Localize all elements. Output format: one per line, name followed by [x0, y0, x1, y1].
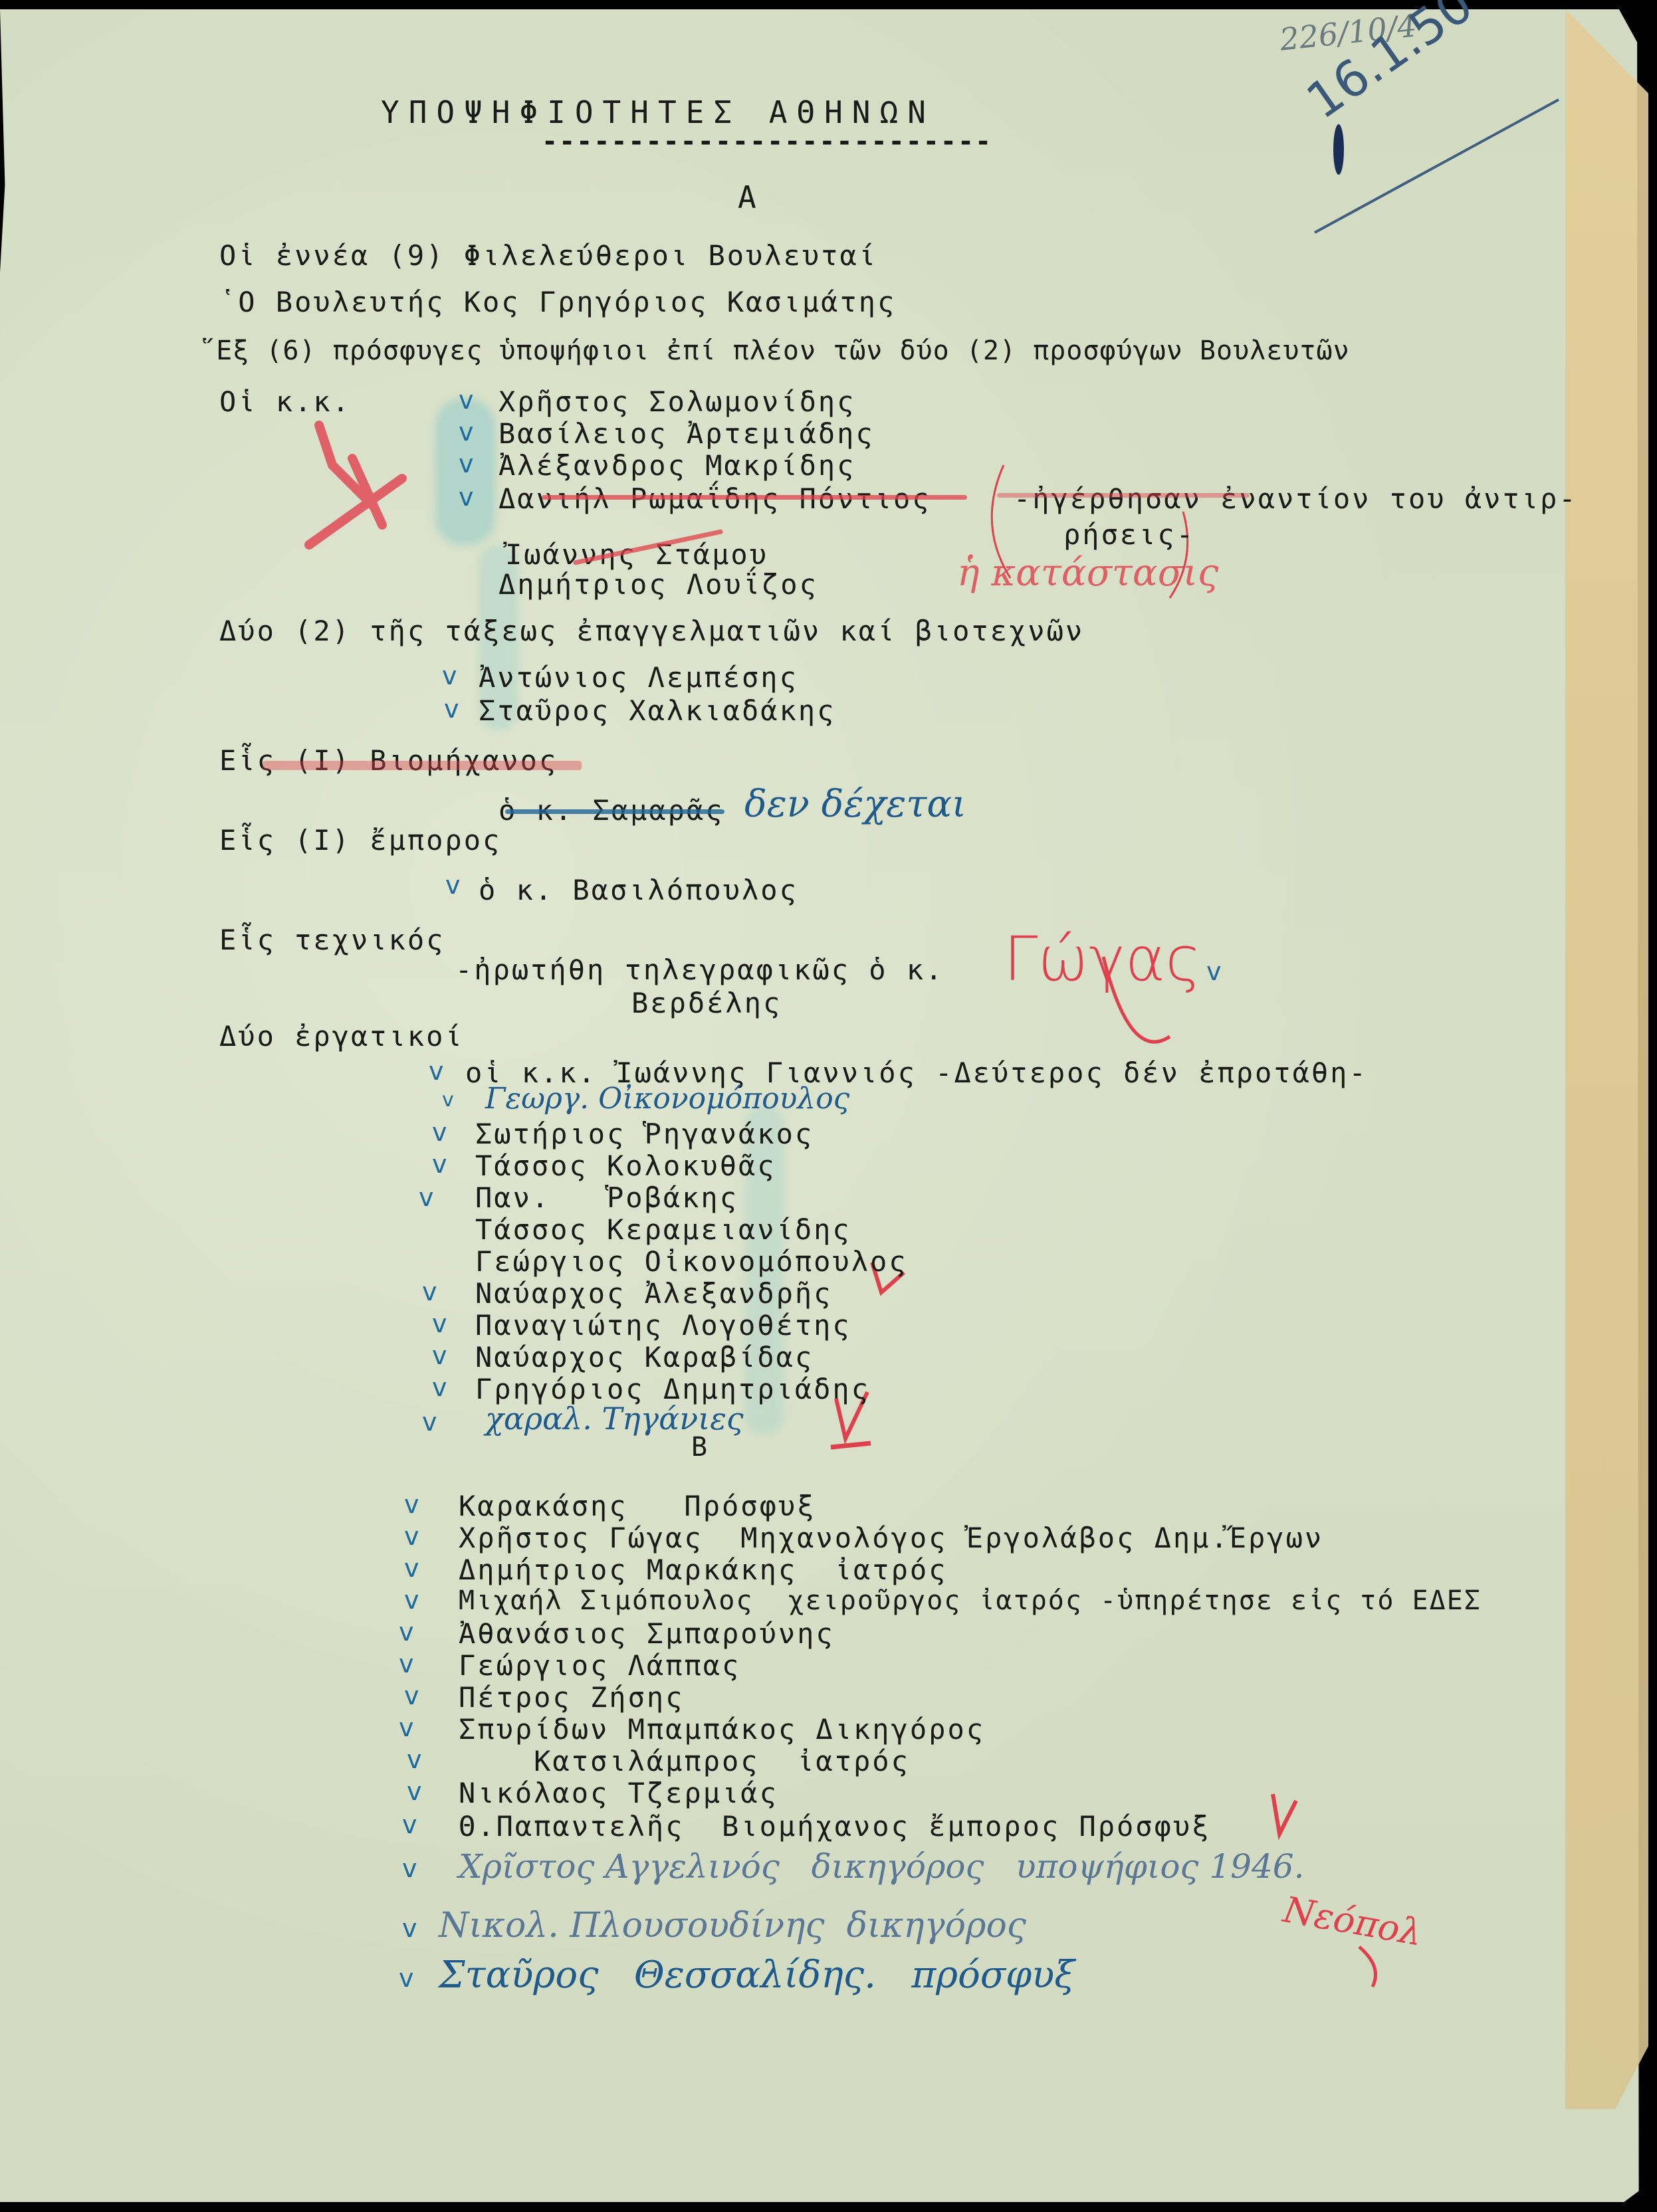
list-item: Γεώργιος Λάππας [459, 1649, 740, 1682]
check-icon: v [444, 694, 459, 724]
list-item: Σωτήριος Ῥηγανάκος [475, 1118, 814, 1150]
handwritten-worker-last: χαραλ. Τηγάνιες [485, 1401, 744, 1437]
list-item: Βασίλειος Ἀρτεμιάδης [498, 417, 875, 450]
check-icon: v [459, 482, 474, 512]
check-icon: v [404, 1490, 419, 1519]
check-icon: v [402, 1914, 417, 1943]
section-b-heading: Β [691, 1432, 717, 1462]
strikethrough [263, 761, 582, 770]
merchant-name: ὁ κ. Βασιλόπουλος [479, 874, 798, 906]
refugees-prefix: Οἱ κ.κ. [219, 385, 351, 418]
check-icon: v [432, 1118, 447, 1147]
list-item: Χρῆστος Σολωμονίδης [498, 385, 855, 418]
list-item: Ἀντώνιος Λεμπέσης [479, 661, 798, 694]
objection-note: -ἠγέρθησαν ἐναντίον του ἀντιρ- [1014, 482, 1578, 515]
check-icon: v [407, 1777, 422, 1806]
check-icon: v [404, 1554, 419, 1583]
list-item: Κατσιλάμπρος ἰατρός [459, 1745, 910, 1777]
check-icon: v [422, 1277, 437, 1306]
check-icon: v [445, 870, 461, 900]
check-icon: v [399, 1713, 414, 1742]
strikethrough [505, 809, 724, 814]
check-icon: v [432, 1373, 447, 1402]
handwritten-entry: Νικολ. Πλουσουδίνης δικηγόρος [439, 1906, 1026, 1946]
strikethrough [997, 493, 1250, 498]
list-item: Γεώργιος Οἰκονομόπουλος [475, 1245, 908, 1278]
declines-note: δεν δέχεται [744, 783, 966, 826]
list-item: Τάσσος Κεραμειανίδης [475, 1213, 851, 1246]
list-item: Παν. Ῥοβάκης [475, 1181, 738, 1214]
check-icon: v [432, 1150, 447, 1179]
liberal-mps-line: Οἱ ἐννέα (9) Φιλελεύθεροι Βουλευταί [219, 239, 877, 272]
check-icon: v [432, 1309, 447, 1338]
list-item: Χρῆστος Γώγας Μηχανολόγος Ἐργολάβος Δημ.… [459, 1522, 1323, 1554]
list-item: Ναύαρχος Ἀλεξανδρῆς [475, 1277, 832, 1310]
objection-note-cont: ρήσεις- [1063, 518, 1195, 551]
check-icon: v [429, 1056, 444, 1086]
handwritten-worker: Γεωργ. Οἰκονομόπουλος [485, 1082, 849, 1116]
red-handwritten-gogas: Γώγας [1004, 924, 1201, 995]
list-item: Δημήτριος Λουΐζος [498, 568, 818, 601]
check-icon: v [1206, 957, 1222, 986]
list-item: Ναύαρχος Καραβίδας [475, 1341, 814, 1373]
list-item: Καρακάσης Πρόσφυξ [459, 1490, 816, 1522]
check-icon: v [402, 1854, 417, 1883]
check-icon: v [404, 1681, 419, 1710]
workers-heading: Δύο ἐργατικοί [219, 1020, 464, 1053]
check-icon: v [432, 1341, 447, 1370]
check-icon: v [442, 661, 457, 690]
list-item: Ἰωάννης Στάμου [505, 538, 768, 571]
merchant-heading: Εἷς (Ι) ἔμπορος [219, 824, 501, 856]
section-a-heading: Α [738, 179, 766, 215]
list-item: Δημήτριος Μαρκάκης ἰατρός [459, 1554, 947, 1586]
check-icon: v [442, 1088, 454, 1112]
check-icon: v [459, 417, 474, 447]
check-icon: v [399, 1963, 414, 1993]
handwritten-entry: Σταῦρος Θεσσαλίδης. πρόσφυξ [439, 1954, 1075, 1997]
page-title: ΥΠΟΨΗΦΙΟΤΗΤΕΣ ΑΘΗΝΩΝ [381, 94, 935, 130]
list-item: Θ.Παπαντελῆς Βιομήχανος ἔμπορος Πρόσφυξ [459, 1810, 1210, 1843]
check-icon: v [399, 1649, 414, 1678]
check-icon: v [459, 385, 474, 415]
list-item: Σταῦρος Χαλκιαδάκης [479, 694, 835, 727]
check-icon: v [399, 1617, 414, 1647]
handwritten-entry: Χρῖστος Αγγελινός δικηγόρος υποψήφιος 19… [459, 1847, 1304, 1886]
list-item: Πέτρος Ζήσης [459, 1681, 684, 1714]
check-icon: v [402, 1810, 417, 1839]
red-handwritten-note: ἡ κατάστασις [957, 552, 1218, 595]
check-icon: v [407, 1745, 422, 1774]
technician-name: Βερδέλης [631, 987, 782, 1019]
kasimatis-line: ῾Ο Βουλευτής Κος Γρηγόριος Κασιμάτης [219, 286, 896, 318]
title-underline: -------------------------- [542, 126, 992, 157]
list-item: Ἀθανάσιος Σμπαρούνης [459, 1617, 835, 1650]
list-item: Ἀλέξανδρος Μακρίδης [498, 449, 855, 482]
technician-line: -ἠρωτήθη τηλεγραφικῶς ὁ κ. [455, 954, 944, 986]
check-icon: v [419, 1183, 434, 1212]
list-item: Παναγιώτης Λογοθέτης [475, 1309, 851, 1342]
refugees-heading: ῞Εξ (6) πρόσφυγες ὑποψήφιοι ἐπί πλέον τῶ… [199, 336, 1350, 366]
check-icon: v [422, 1407, 437, 1437]
technician-heading: Εἷς τεχνικός [219, 924, 445, 956]
list-item: Τάσσος Κολοκυθᾶς [475, 1150, 776, 1182]
list-item: Μιχαήλ Σιμόπουλος χειροῦργος ἰατρός -ὑπη… [459, 1585, 1482, 1616]
check-icon: v [404, 1522, 419, 1551]
check-icon: v [404, 1585, 419, 1615]
professionals-heading: Δύο (2) τῆς τάξεως ἐπαγγελματιῶν καί βιο… [219, 615, 1084, 647]
list-item: Σπυρίδων Μπαμπάκος Δικηγόρος [459, 1713, 985, 1746]
check-icon: v [459, 449, 474, 478]
list-item: Νικόλαος Τζερμιάς [459, 1777, 778, 1809]
strikethrough [542, 495, 967, 500]
